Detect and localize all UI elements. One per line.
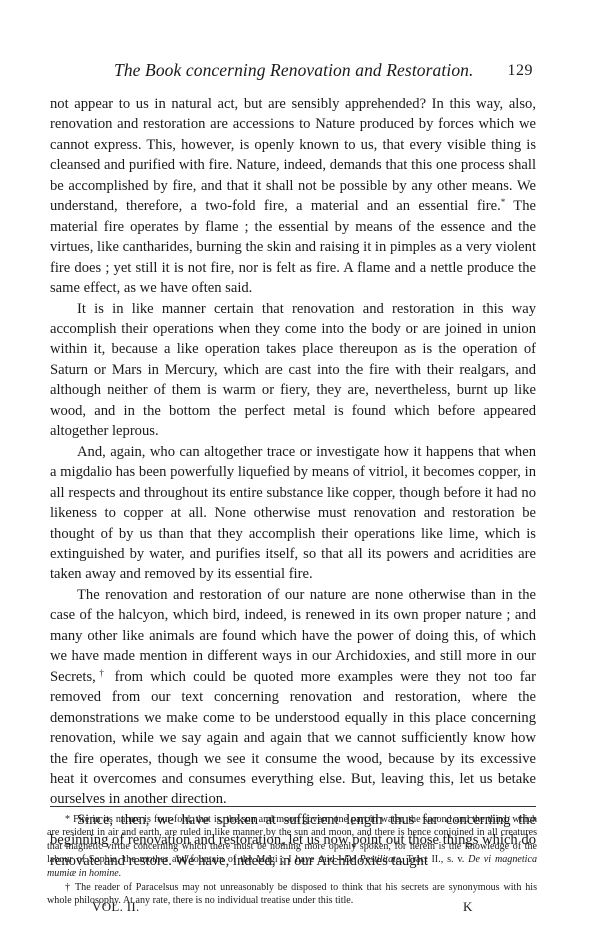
footnote-divider	[50, 806, 536, 807]
citation-title: De Pestilitate,	[344, 854, 403, 865]
footnote-asterisk: * Fire in its nature is four-fold, that …	[47, 813, 537, 880]
paragraph-3: And, again, who can altogether trace or …	[50, 442, 536, 585]
footnote-ref-dagger[interactable]: †	[96, 668, 108, 678]
signature-mark: K	[463, 899, 472, 915]
running-head: The Book concerning Renovation and Resto…	[50, 60, 536, 84]
paragraph-2: It is in like manner certain that renova…	[50, 299, 536, 442]
volume-label: VOL. II.	[92, 899, 140, 915]
body-text: not appear to us in natural act, but are…	[50, 94, 536, 871]
paragraph-1: not appear to us in natural act, but are…	[50, 94, 536, 299]
signature-line: VOL. II. K	[50, 899, 536, 915]
page-number: 129	[508, 62, 534, 80]
book-page: The Book concerning Renovation and Resto…	[0, 0, 591, 950]
footnotes: * Fire in its nature is four-fold, that …	[47, 813, 537, 908]
running-title: The Book concerning Renovation and Resto…	[114, 60, 474, 81]
paragraph-4: The renovation and restoration of our na…	[50, 585, 536, 810]
